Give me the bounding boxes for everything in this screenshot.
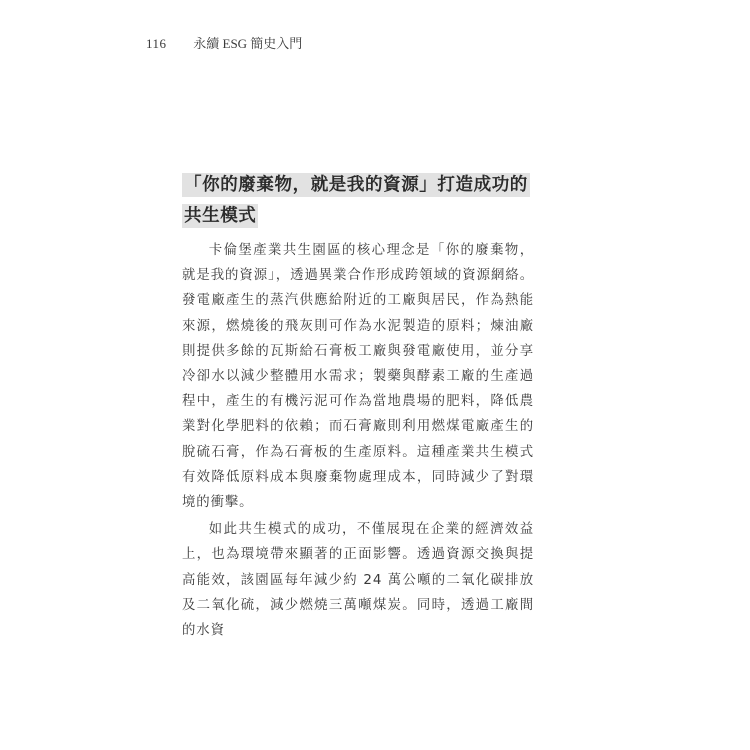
body-paragraph: 卡倫堡產業共生園區的核心理念是「你的廢棄物，就是我的資源」，透過異業合作形成跨領… <box>182 238 534 515</box>
book-title: 永續 ESG 簡史入門 <box>193 36 302 51</box>
section-heading-line-1: 「你的廢棄物，就是我的資源」打造成功的 <box>182 173 530 197</box>
section-heading: 「你的廢棄物，就是我的資源」打造成功的 共生模式 <box>182 170 534 232</box>
body-paragraph: 如此共生模式的成功，不僅展現在企業的經濟效益上，也為環境帶來顯著的正面影響。透過… <box>182 517 534 643</box>
page-body: 「你的廢棄物，就是我的資源」打造成功的 共生模式 卡倫堡產業共生園區的核心理念是… <box>182 170 534 643</box>
running-header: 116 永續 ESG 簡史入門 <box>146 33 302 52</box>
page-number: 116 <box>146 36 190 52</box>
section-heading-line-2: 共生模式 <box>182 204 258 228</box>
